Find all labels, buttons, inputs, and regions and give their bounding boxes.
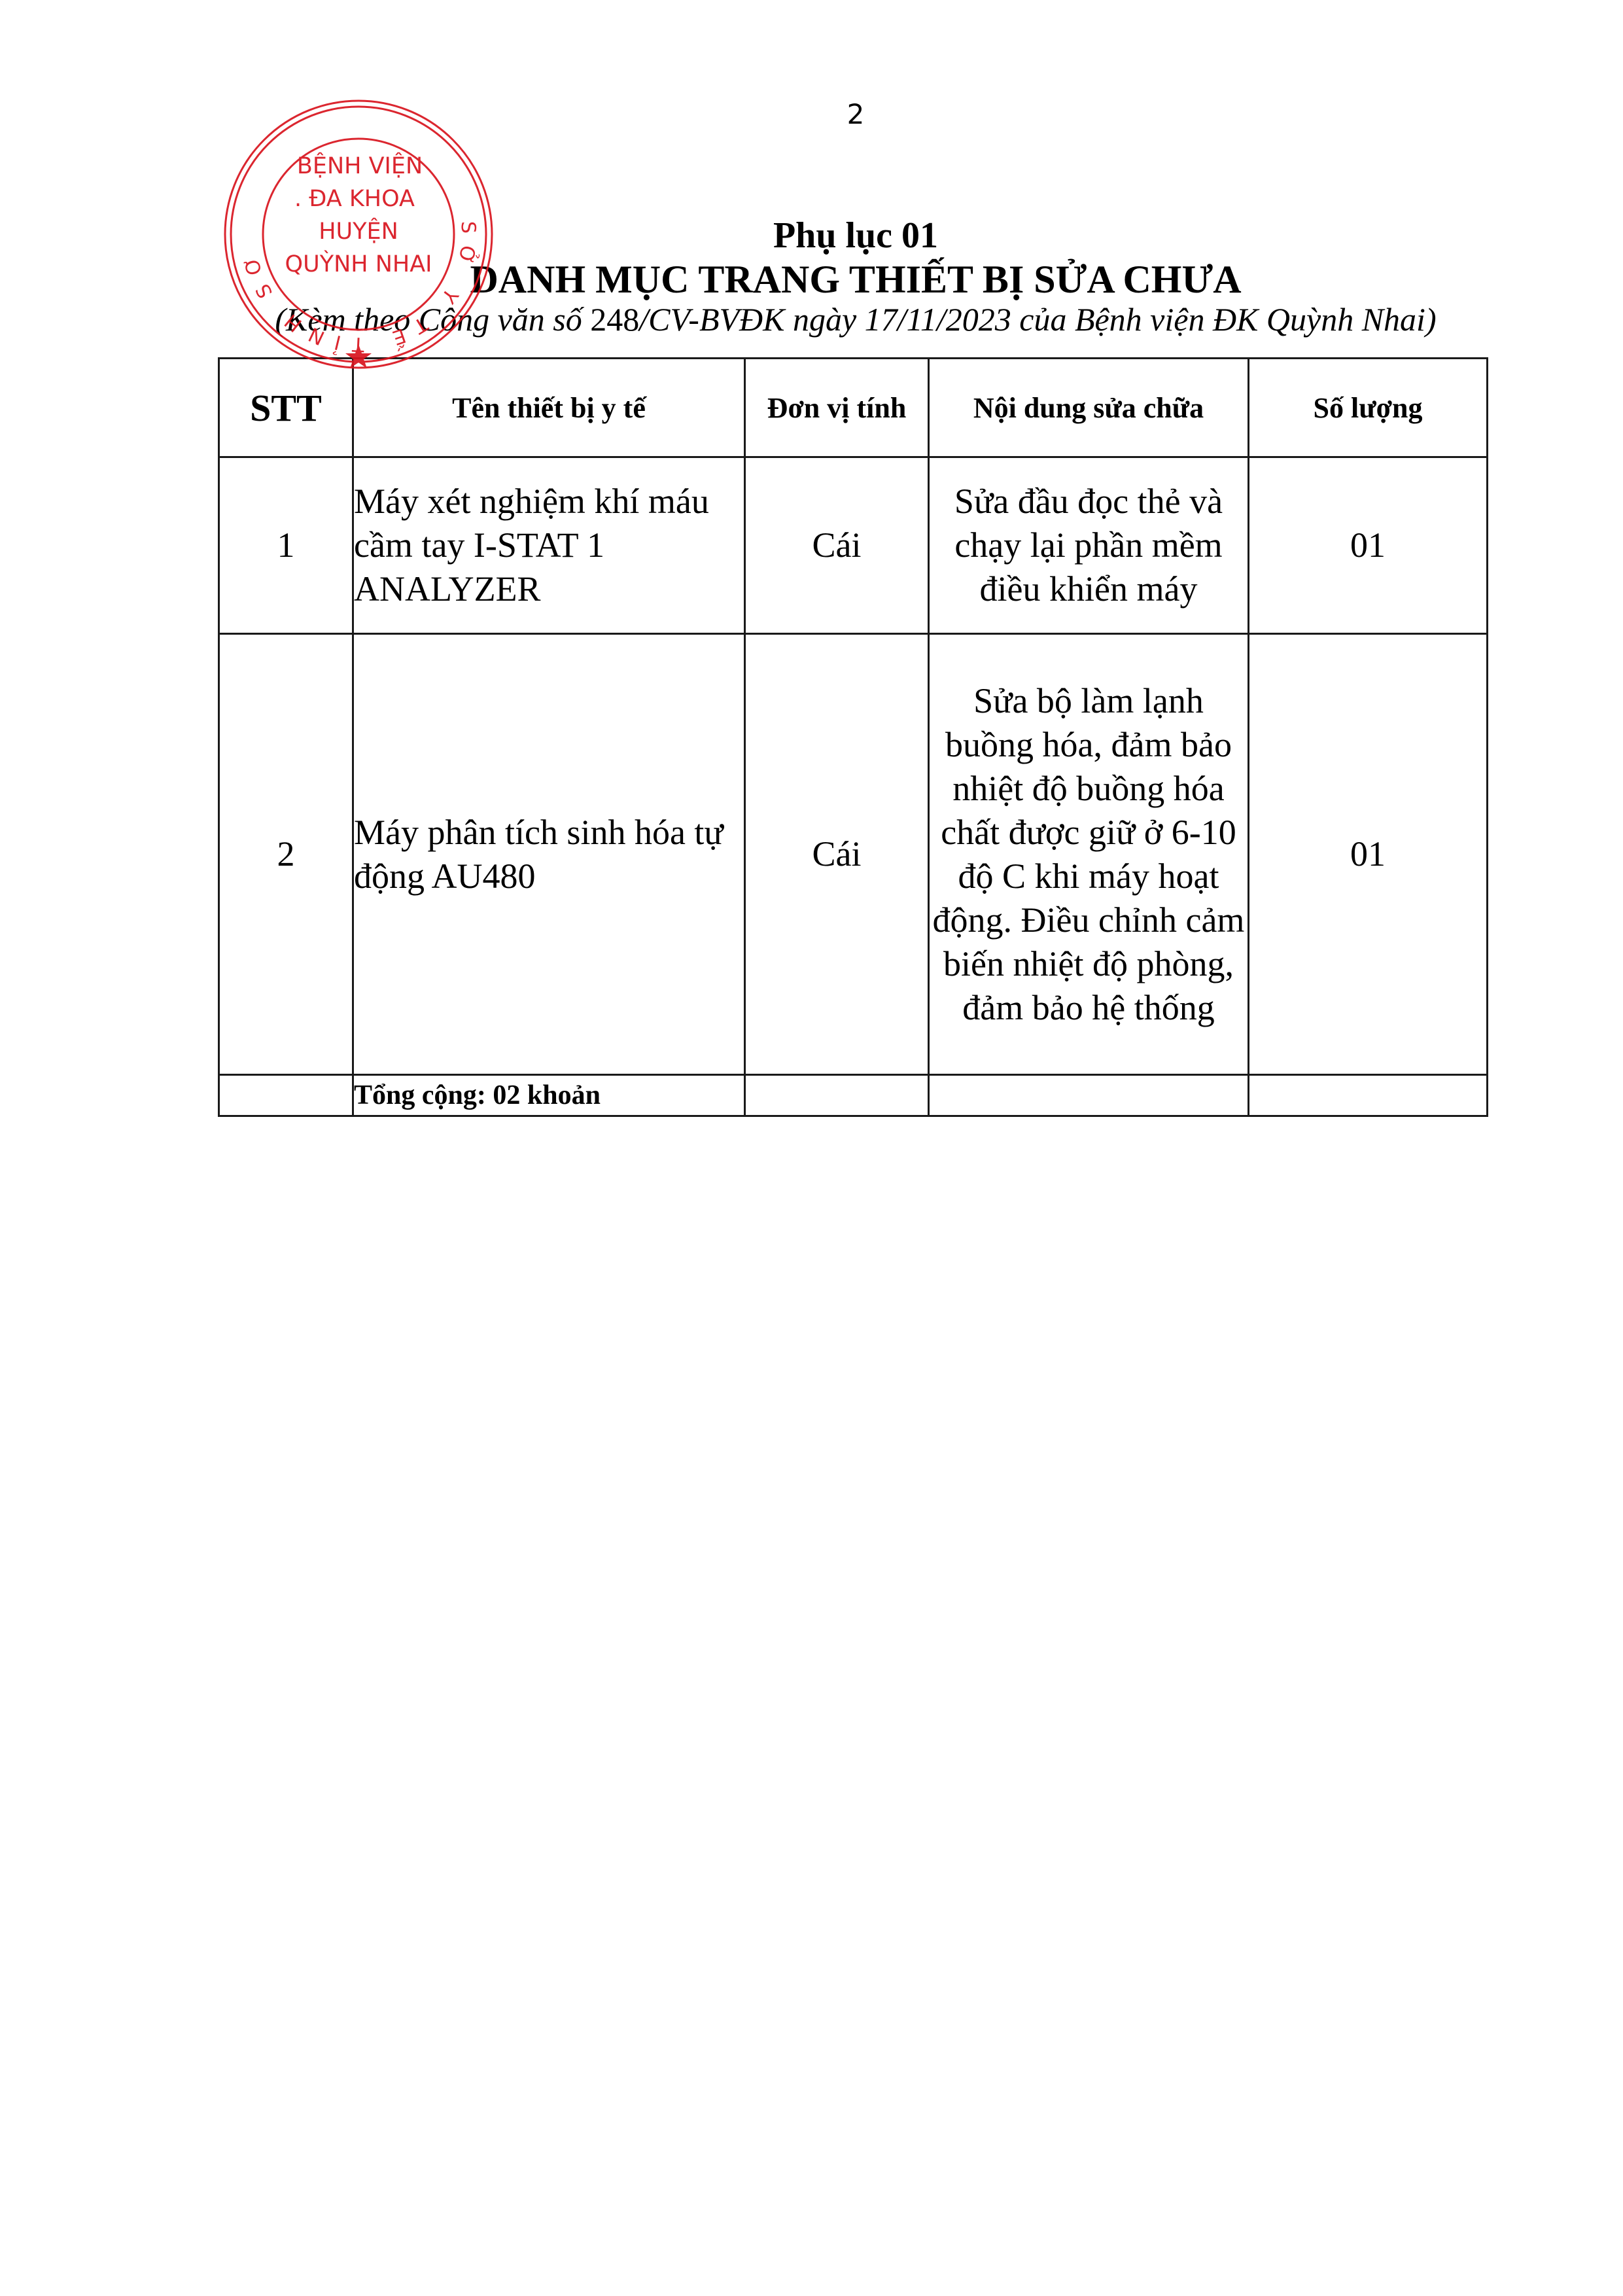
cell-quantity: 01 [1249, 457, 1488, 634]
cell-empty [1249, 1075, 1488, 1116]
cell-device-name: Máy phân tích sinh hóa tự động AU480 [353, 634, 745, 1075]
seal-line-1: BỆNH VIỆN [297, 152, 423, 179]
column-header-name: Tên thiết bị y tế [353, 359, 745, 457]
document-number: 248 [590, 301, 639, 338]
subtitle-suffix: /CV-BVĐK ngày 17/11/2023 của Bệnh viện Đ… [639, 301, 1436, 338]
table-header-row: STT Tên thiết bị y tế Đơn vị tính Nội du… [219, 359, 1488, 457]
cell-stt: 2 [219, 634, 353, 1075]
column-header-unit: Đơn vị tính [745, 359, 929, 457]
cell-quantity: 01 [1249, 634, 1488, 1075]
cell-empty [219, 1075, 353, 1116]
table-total-row: Tổng cộng: 02 khoản [219, 1075, 1488, 1116]
table-row: 2 Máy phân tích sinh hóa tự động AU480 C… [219, 634, 1488, 1075]
document-subtitle: (Kèm theo Công văn số 248/CV-BVĐK ngày 1… [196, 298, 1515, 341]
cell-stt: 1 [219, 457, 353, 634]
subtitle-prefix: (Kèm theo Công văn số [275, 301, 590, 338]
total-label: Tổng cộng: 02 khoản [353, 1075, 745, 1116]
cell-empty [745, 1075, 929, 1116]
column-header-work: Nội dung sửa chữa [929, 359, 1249, 457]
cell-unit: Cái [745, 457, 929, 634]
equipment-table: STT Tên thiết bị y tế Đơn vị tính Nội du… [218, 357, 1488, 1117]
column-header-stt: STT [219, 359, 353, 457]
cell-unit: Cái [745, 634, 929, 1075]
seal-line-2: . ĐA KHOA [294, 186, 415, 212]
cell-empty [929, 1075, 1249, 1116]
page-number: 2 [823, 98, 888, 131]
document-title: DANH MỤC TRANG THIẾT BỊ SỬA CHƯA [196, 256, 1515, 302]
column-header-qty: Số lượng [1249, 359, 1488, 457]
cell-repair-content: Sửa đầu đọc thẻ và chạy lại phần mềm điề… [929, 457, 1249, 634]
appendix-label: Phụ lục 01 [196, 213, 1515, 258]
table-row: 1 Máy xét nghiệm khí máu cầm tay I-STAT … [219, 457, 1488, 634]
cell-device-name: Máy xét nghiệm khí máu cầm tay I-STAT 1 … [353, 457, 745, 634]
cell-repair-content: Sửa bộ làm lạnh buồng hóa, đảm bảo nhiệt… [929, 634, 1249, 1075]
